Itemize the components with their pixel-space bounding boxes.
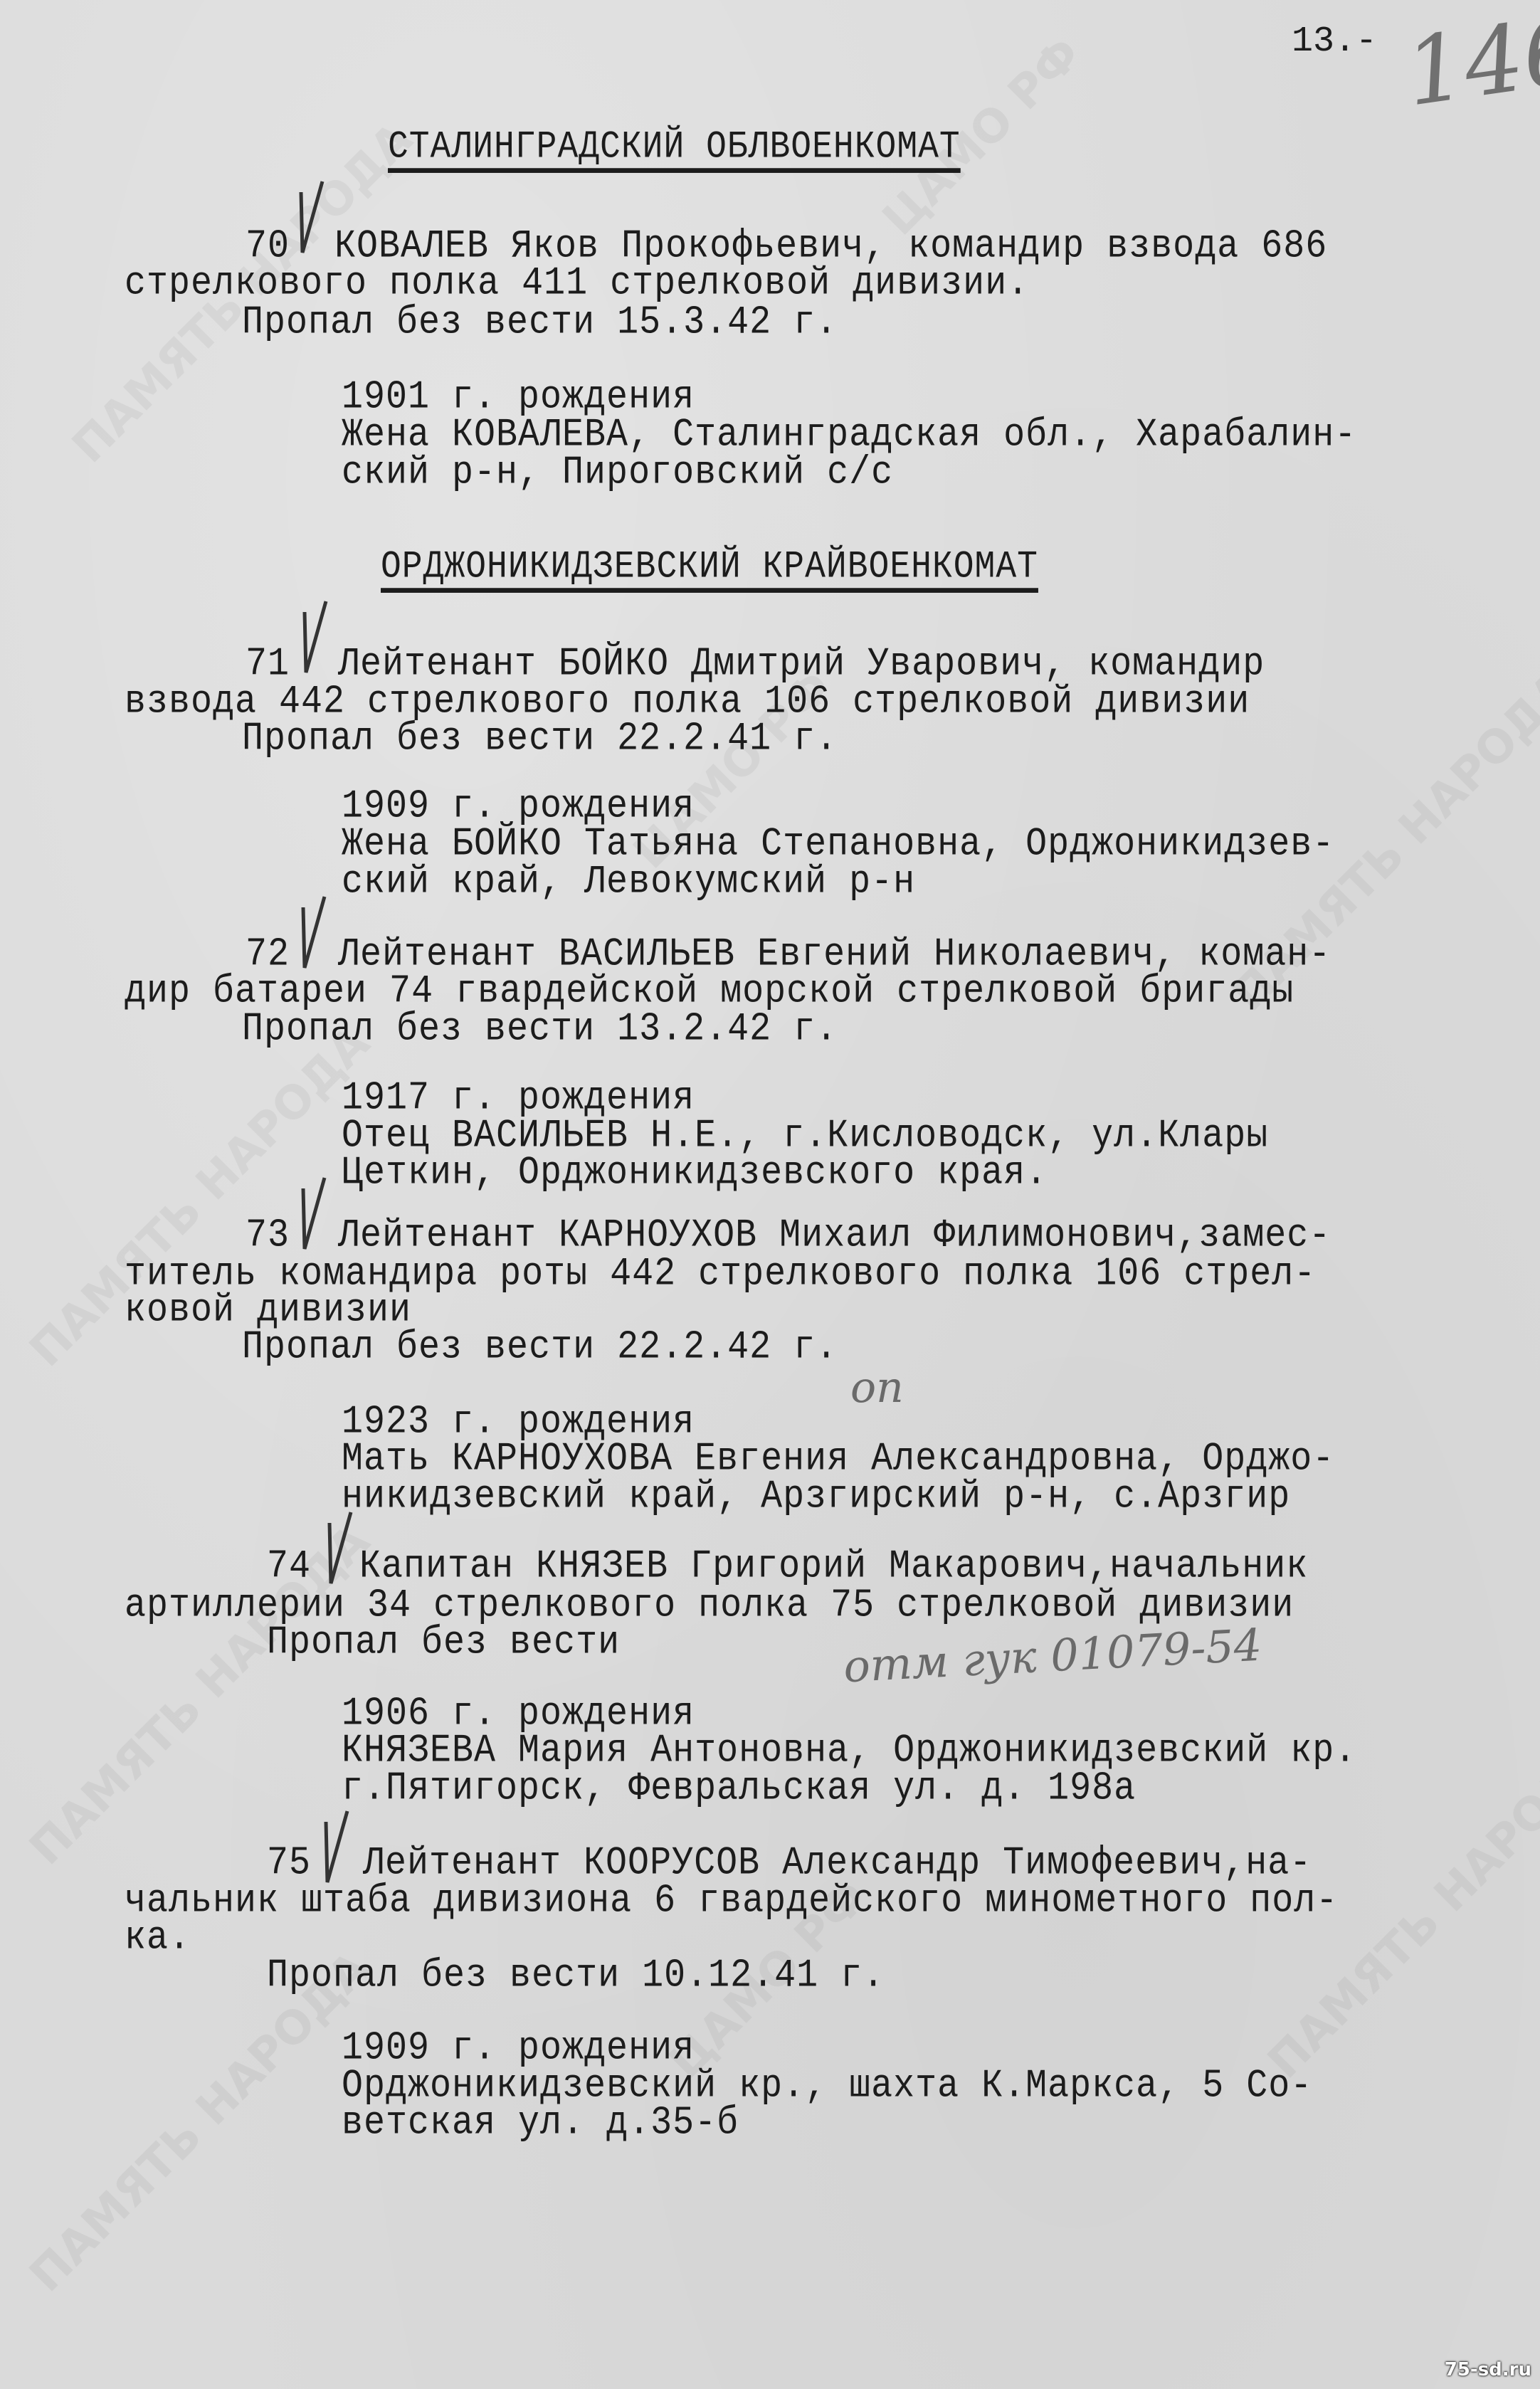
entry-line: чальник штаба дивизиона 6 гвардейского м… (125, 1881, 1338, 1922)
missing-date: Пропал без вести 10.12.41 г. (267, 1956, 885, 1997)
relative-line: ветская ул. д.35-б (342, 2103, 739, 2144)
relative-line: никидзевский край, Арзгирский р-н, с.Арз… (342, 1477, 1290, 1518)
document-page: ПАМЯТЬ НАРОДА ЦАМО РФ ПАМЯТЬ НАРОДА ПАМЯ… (0, 0, 1540, 2389)
watermark: ПАМЯТЬ НАРОДА (22, 1517, 377, 1872)
checkmark-icon (297, 897, 326, 975)
handwritten-note: оп (850, 1363, 904, 1413)
site-watermark: 75-sd.ru (1445, 2359, 1531, 2380)
missing-date: Пропал без вести 22.2.42 г. (242, 1327, 838, 1368)
entry-number: 73 (246, 1215, 290, 1257)
entry-line: Капитан КНЯЗЕВ Григорий Макарович,началь… (359, 1546, 1308, 1588)
relative-line: ский край, Левокумский р-н (342, 862, 915, 903)
checkmark-icon (299, 601, 327, 680)
missing-date: Пропал без вести 13.2.42 г. (242, 1009, 838, 1050)
checkmark-icon (320, 1811, 349, 1889)
relative-line: ский р-н, Пироговский с/с (342, 453, 893, 494)
missing-date: Пропал без вести 22.2.41 г. (242, 719, 838, 760)
entry-line: Лейтенант КАРНОУХОВ Михаил Филимонович,з… (338, 1215, 1331, 1257)
entry-number: 74 (267, 1546, 311, 1588)
entry-line: стрелкового полка 411 стрелковой дивизии… (125, 263, 1029, 305)
checkmark-icon (297, 1178, 326, 1256)
typed-page-number: 13.- (1292, 21, 1377, 62)
handwritten-folio-number: 146 (1399, 0, 1540, 127)
section-heading: СТАЛИНГРАДСКИЙ ОБЛВОЕНКОМАТ (388, 127, 961, 168)
checkmark-icon (324, 1512, 352, 1591)
missing-date: Пропал без вести (267, 1623, 620, 1664)
section-heading: ОРДЖОНИКИДЗЕВСКИЙ КРАЙВОЕНКОМАТ (381, 547, 1038, 588)
relative-line: г.Пятигорск, Февральская ул. д. 198а (342, 1768, 1136, 1810)
handwritten-note: отм гук 01079-54 (842, 1619, 1262, 1693)
relative-line: Цеткин, Орджоникидзевского края. (342, 1153, 1048, 1194)
missing-date: Пропал без вести 15.3.42 г. (242, 302, 838, 344)
entry-line: ка. (125, 1918, 191, 1959)
checkmark-icon (295, 181, 324, 260)
